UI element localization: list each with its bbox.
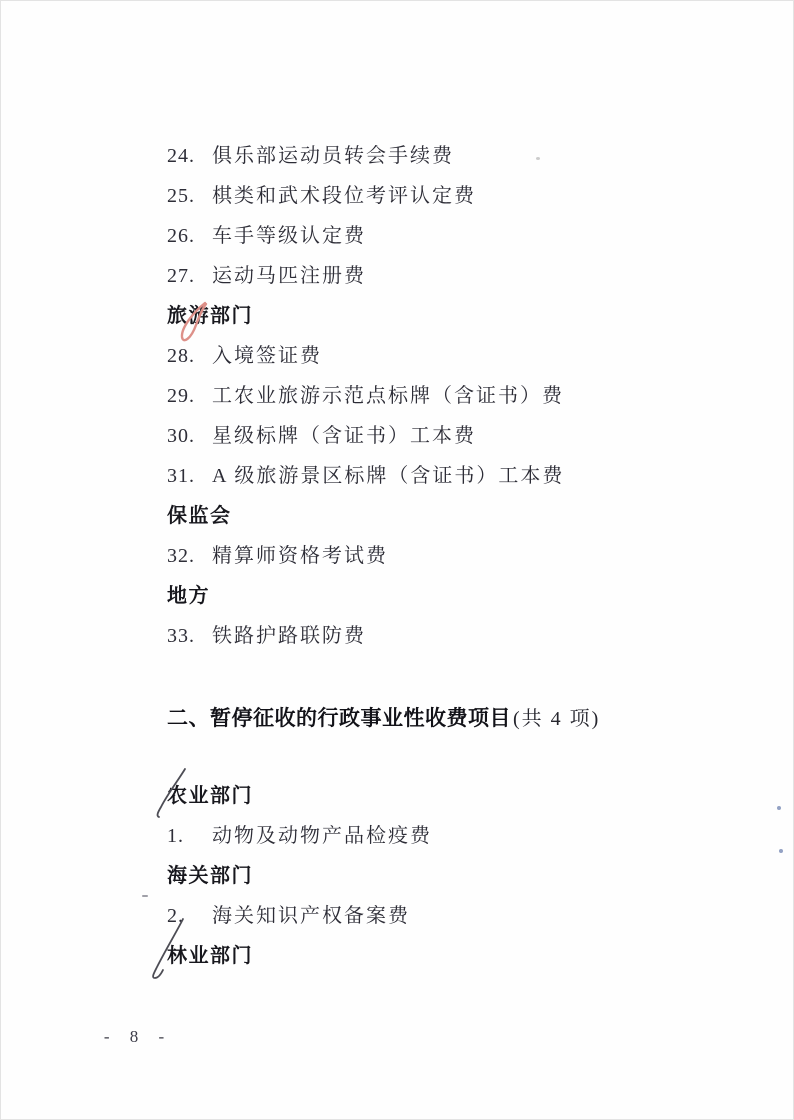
section-header-circ: 保监会: [167, 496, 753, 536]
scan-speck: [777, 806, 781, 810]
scan-speck: [536, 157, 540, 160]
item-number: 29.: [167, 376, 212, 416]
item-number: 32.: [167, 536, 212, 576]
item-text: 俱乐部运动员转会手续费: [212, 145, 454, 167]
item-text: 动物及动物产品检疫费: [212, 825, 432, 847]
item-number: 28.: [167, 336, 212, 376]
item-number: 33.: [167, 616, 212, 656]
item-text: 车手等级认定费: [212, 225, 366, 247]
item-number: 2.: [167, 896, 212, 936]
page-number: - 8 -: [103, 1027, 173, 1047]
item-number: 24.: [167, 136, 212, 176]
item-number: 1.: [167, 816, 212, 856]
part-two-heading-main: 二、暂停征收的行政事业性收费项目: [167, 706, 511, 730]
item-text: 入境签证费: [212, 345, 322, 367]
part-two-heading-count: (共 4 项): [513, 708, 600, 730]
section-header-text: 农业部门: [167, 785, 253, 807]
section-header-text: 保监会: [167, 505, 232, 527]
item-text: 棋类和武术段位考评认定费: [212, 185, 476, 207]
item-text: 运动马匹注册费: [212, 265, 366, 287]
fee-item-29: 29.工农业旅游示范点标牌（含证书）费: [167, 376, 753, 416]
section-header-text: 林业部门: [167, 945, 253, 967]
item-number: 30.: [167, 416, 212, 456]
fee-item-26: 26.车手等级认定费: [167, 216, 753, 256]
fee-item-1: 1.动物及动物产品检疫费: [167, 816, 753, 856]
item-text: 星级标牌（含证书）工本费: [212, 425, 476, 447]
fee-item-27: 27.运动马匹注册费: [167, 256, 753, 296]
fee-item-33: 33.铁路护路联防费: [167, 616, 753, 656]
fee-item-2: 2.海关知识产权备案费: [167, 896, 753, 936]
scan-speck: [779, 849, 783, 853]
fee-item-31: 31.A 级旅游景区标牌（含证书）工本费: [167, 456, 753, 496]
item-text: A 级旅游景区标牌（含证书）工本费: [212, 465, 564, 487]
section-header-text: 地方: [167, 585, 210, 607]
section-header-local: 地方: [167, 576, 753, 616]
item-number: 25.: [167, 176, 212, 216]
section-header-customs: 海关部门: [167, 856, 753, 896]
section-header-agriculture: 农业部门: [167, 776, 753, 816]
item-text: 铁路护路联防费: [212, 625, 366, 647]
section-header-text: 旅游部门: [167, 305, 253, 327]
scanned-document-page: 24.俱乐部运动员转会手续费 25.棋类和武术段位考评认定费 26.车手等级认定…: [0, 0, 794, 1120]
fee-item-25: 25.棋类和武术段位考评认定费: [167, 176, 753, 216]
section-header-tourism: 旅游部门: [167, 296, 753, 336]
fee-item-28: 28.入境签证费: [167, 336, 753, 376]
section-header-forestry: 林业部门: [167, 936, 753, 976]
item-text: 海关知识产权备案费: [212, 905, 410, 927]
item-number: 26.: [167, 216, 212, 256]
scan-speck: [142, 895, 148, 897]
document-body: 24.俱乐部运动员转会手续费 25.棋类和武术段位考评认定费 26.车手等级认定…: [167, 136, 753, 976]
item-text: 精算师资格考试费: [212, 545, 388, 567]
fee-item-30: 30.星级标牌（含证书）工本费: [167, 416, 753, 456]
item-number: 27.: [167, 256, 212, 296]
item-number: 31.: [167, 456, 212, 496]
fee-item-24: 24.俱乐部运动员转会手续费: [167, 136, 753, 176]
part-two-heading: 二、暂停征收的行政事业性收费项目(共 4 项): [167, 698, 753, 738]
section-header-text: 海关部门: [167, 865, 253, 887]
item-text: 工农业旅游示范点标牌（含证书）费: [212, 385, 564, 407]
fee-item-32: 32.精算师资格考试费: [167, 536, 753, 576]
